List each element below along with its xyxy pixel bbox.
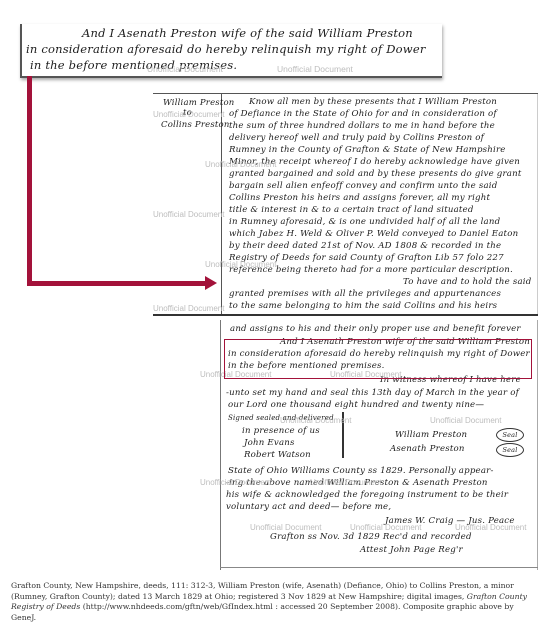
connector-arrow-vertical bbox=[27, 76, 32, 286]
deed-line: his wife & acknowledged the foregoing in… bbox=[226, 490, 508, 500]
margin-note-grantor: William Preston bbox=[163, 98, 234, 108]
registry-note: Grafton ss Nov. 3d 1829 Rec'd and record… bbox=[270, 532, 472, 542]
deed-line: and assigns to his and their only proper… bbox=[230, 324, 521, 334]
watermark: Unofficial Document bbox=[430, 416, 501, 425]
inset-line: in consideration aforesaid do hereby rel… bbox=[26, 42, 426, 56]
deed-line: delivery hereof well and truly paid by C… bbox=[229, 133, 484, 143]
page-edge bbox=[537, 94, 538, 316]
deed-line: Collins Preston his heirs and assigns fo… bbox=[229, 193, 490, 203]
seal-icon: Seal bbox=[496, 428, 524, 442]
seal-icon: Seal bbox=[496, 443, 524, 457]
registrar-signature: Attest John Page Reg'r bbox=[360, 545, 463, 555]
citation-text: (http://www.nhdeeds.com/gftn/web/GfIndex… bbox=[11, 602, 514, 622]
deed-line: granted premises with all the privileges… bbox=[229, 289, 501, 299]
deed-line: by their deed dated 21st of Nov. AD 1808… bbox=[229, 241, 501, 251]
watermark: Unofficial Document bbox=[277, 64, 353, 74]
deed-page-upper: William Preston to Collins Preston Know … bbox=[153, 93, 538, 316]
highlight-box-dower-release bbox=[224, 339, 532, 379]
inset-line: in the before mentioned premises. bbox=[30, 58, 237, 72]
deed-line: to the same belonging to him the said Co… bbox=[229, 301, 497, 311]
deed-line: bargain sell alien enfeoff convey and co… bbox=[229, 181, 497, 191]
attestation-label: Signed sealed and delivered bbox=[228, 414, 334, 422]
deed-line: Minor, the receipt whereof I do hereby a… bbox=[229, 157, 520, 167]
witness-name: Robert Watson bbox=[244, 450, 311, 460]
signature: William Preston bbox=[395, 430, 467, 440]
margin-note-grantee: Collins Preston bbox=[161, 120, 230, 130]
deed-line: -unto set my hand and seal this 13th day… bbox=[226, 388, 519, 398]
deed-line: of Defiance in the State of Ohio for and… bbox=[229, 109, 497, 119]
deed-line: Know all men by these presents that I Wi… bbox=[249, 97, 497, 107]
deed-line: State of Ohio Williams County ss 1829. P… bbox=[228, 466, 494, 476]
deed-line: Rumney in the County of Grafton & State … bbox=[229, 145, 506, 155]
page-edge bbox=[220, 320, 221, 570]
page-edge bbox=[537, 320, 538, 570]
deed-line: voluntary act and deed— before me, bbox=[226, 502, 391, 512]
deed-line: To have and to hold the said bbox=[403, 277, 531, 287]
deed-line: which Jabez H. Weld & Oliver P. Weld con… bbox=[229, 229, 518, 239]
deed-line: Registry of Deeds for said County of Gra… bbox=[229, 253, 504, 263]
margin-note-to: to bbox=[183, 108, 192, 118]
deed-line: our Lord one thousand eight hundred and … bbox=[228, 400, 484, 410]
watermark: Unofficial Document bbox=[153, 210, 224, 219]
watermark: Unofficial Document bbox=[153, 304, 224, 313]
deed-line: the sum of three hundred dollars to me i… bbox=[229, 121, 495, 131]
witness-name: John Evans bbox=[244, 438, 295, 448]
attestation-label: in presence of us bbox=[242, 426, 320, 436]
deed-line: granted bargained and sold and by these … bbox=[229, 169, 522, 179]
deed-line: reference being thereto had for a more p… bbox=[229, 265, 513, 275]
watermark: Unofficial Document bbox=[250, 523, 321, 532]
citation-text: Grafton County, New Hampshire, deeds, 11… bbox=[11, 581, 514, 601]
deed-line: title & interest in & to a certain tract… bbox=[229, 205, 474, 215]
deed-line: in Rumney aforesaid, & is one undivided … bbox=[229, 217, 500, 227]
brace bbox=[342, 412, 344, 458]
deed-line: -ing the above named William Preston & A… bbox=[226, 478, 488, 488]
page-edge bbox=[220, 567, 538, 568]
signature: Asenath Preston bbox=[390, 444, 465, 454]
zoomed-inset-dower-release: And I Asenath Preston wife of the said W… bbox=[20, 24, 442, 78]
section-rule bbox=[153, 314, 538, 316]
source-citation: Grafton County, New Hampshire, deeds, 11… bbox=[11, 581, 531, 623]
inset-line: And I Asenath Preston wife of the said W… bbox=[82, 26, 413, 40]
justice-signature: James W. Craig — Jus. Peace bbox=[385, 516, 515, 526]
